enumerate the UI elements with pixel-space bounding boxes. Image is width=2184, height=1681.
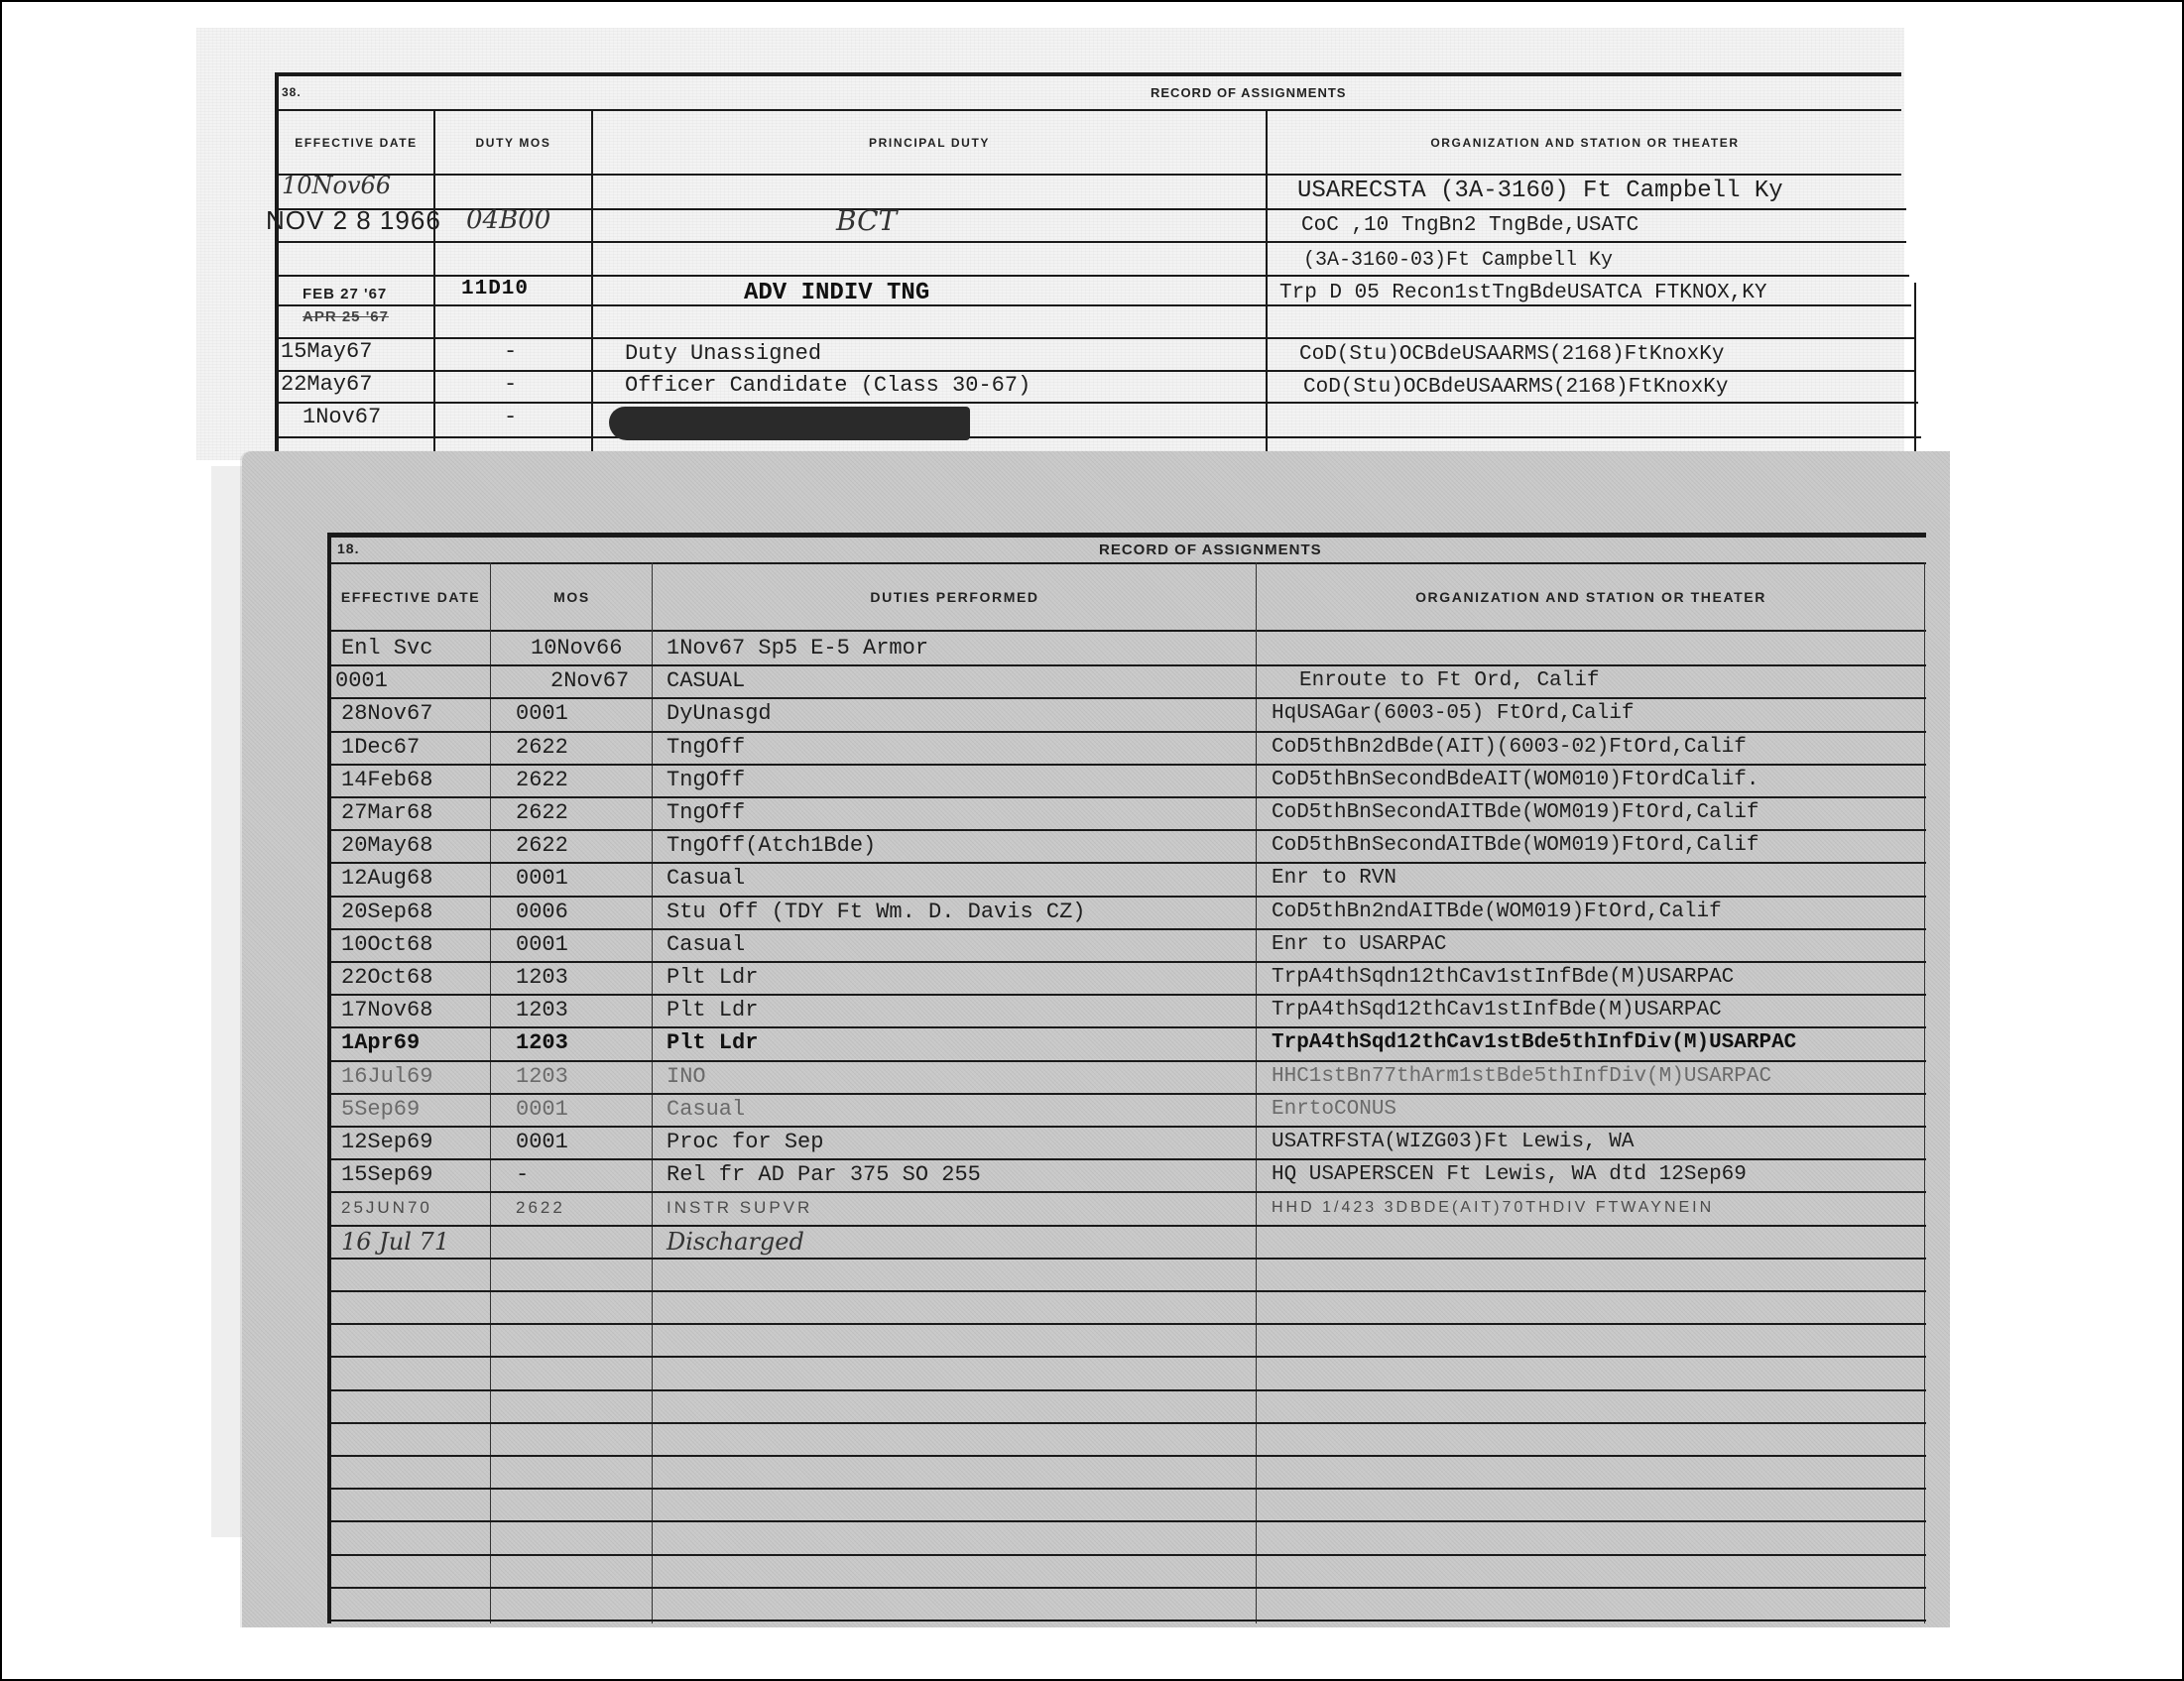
lower-row-8-mos: 0001	[516, 864, 568, 894]
lower-row-5-mos: 2622	[516, 766, 568, 795]
lower-row-3-date: 28Nov67	[341, 699, 432, 729]
lower-row-11-duty: Plt Ldr	[667, 963, 758, 993]
upper-row-line	[275, 436, 1921, 438]
lower-row-7-date: 20May68	[341, 831, 432, 861]
lower-title-divider	[327, 562, 1926, 564]
upper-row-2-date-stamp: NOV 2 8 1966	[266, 205, 441, 235]
upper-row-line	[275, 370, 1916, 372]
lower-row-17-org: HQ USAPERSCEN Ft Lewis, WA dtd 12Sep69	[1272, 1160, 1747, 1190]
upper-row-2-org: CoC ,10 TngBn2 TngBde,USATC	[1301, 211, 1638, 241]
lower-row-1-mos: 10Nov66	[531, 634, 622, 663]
lower-row-2-mos: 2Nov67	[550, 666, 629, 696]
lower-col-header-org: ORGANIZATION AND STATION OR THEATER	[1258, 565, 1924, 629]
lower-row-10-mos: 0001	[516, 930, 568, 960]
upper-row-2-mos: 04B00	[466, 205, 550, 235]
lower-row-5-duty: TngOff	[667, 766, 745, 795]
lower-row-13-org: TrpA4thSqd12thCav1stBde5thInfDiv(M)USARP…	[1272, 1028, 1796, 1058]
lower-row-6-duty: TngOff	[667, 798, 745, 828]
upper-row-6-date: 15May67	[281, 337, 372, 367]
lower-row-line	[327, 1356, 1926, 1358]
lower-row-line	[327, 1422, 1926, 1424]
upper-row-1-org: USARECSTA (3A-3160) Ft Campbell Ky	[1297, 177, 1783, 206]
upper-row-6-mos: -	[504, 337, 517, 367]
lower-row-line	[327, 1389, 1926, 1391]
upper-row-line	[275, 337, 1914, 339]
lower-row-9-date: 20Sep68	[341, 898, 432, 927]
lower-row-12-duty: Plt Ldr	[667, 996, 758, 1025]
lower-row-15-duty: Casual	[667, 1095, 745, 1125]
lower-row-18-duty: INSTR SUPVR	[667, 1193, 812, 1223]
lower-row-13-mos: 1203	[516, 1028, 568, 1058]
upper-row-line	[275, 241, 1906, 243]
lower-row-18-org: HHD 1/423 3DBDE(AIT)70THDIV FTWAYNEIN	[1272, 1193, 1714, 1223]
upper-col-header-duty: PRINCIPAL DUTY	[593, 113, 1266, 173]
lower-row-15-mos: 0001	[516, 1095, 568, 1125]
lower-row-9-mos: 0006	[516, 898, 568, 927]
upper-row-6-org: CoD(Stu)OCBdeUSAARMS(2168)FtKnoxKy	[1299, 340, 1724, 370]
lower-row-18-date: 25JUN70	[341, 1193, 432, 1223]
lower-row-6-org: CoD5thBnSecondAITBde(WOM019)FtOrd,Calif	[1272, 798, 1759, 828]
lower-row-10-date: 10Oct68	[341, 930, 432, 960]
lower-row-3-duty: DyUnasgd	[667, 699, 772, 729]
lower-row-15-date: 5Sep69	[341, 1095, 420, 1125]
lower-col-header-duties: DUTIES PERFORMED	[654, 565, 1256, 629]
upper-row-2-duty: BCT	[836, 206, 897, 236]
lower-row-line	[327, 1488, 1926, 1490]
upper-col-header-org: ORGANIZATION AND STATION OR THEATER	[1268, 113, 1902, 173]
lower-col-header-mos: MOS	[492, 565, 652, 629]
lower-top-border	[327, 533, 1926, 538]
upper-top-border	[275, 72, 1901, 76]
lower-row-line	[327, 1520, 1926, 1522]
lower-row-12-date: 17Nov68	[341, 996, 432, 1025]
lower-row-8-date: 12Aug68	[341, 864, 432, 894]
upper-row-7-duty: Officer Candidate (Class 30-67)	[625, 371, 1031, 401]
lower-row-18-mos: 2622	[516, 1193, 565, 1223]
lower-row-line	[327, 1455, 1926, 1457]
lower-section-number: 18.	[337, 540, 359, 556]
lower-row-2-date: 0001	[335, 666, 388, 696]
lower-row-line	[327, 1587, 1926, 1589]
lower-form-title: RECORD OF ASSIGNMENTS	[1099, 541, 1322, 558]
lower-row-6-date: 27Mar68	[341, 798, 432, 828]
lower-row-8-org: Enr to RVN	[1272, 864, 1396, 894]
lower-row-10-duty: Casual	[667, 930, 745, 960]
redaction-mark	[609, 407, 970, 440]
lower-left-border	[327, 533, 331, 1623]
upper-row-7-mos: -	[504, 370, 517, 400]
upper-row-6-duty: Duty Unassigned	[625, 339, 821, 369]
upper-row-5-date-stamp: APR 25 '67	[303, 302, 389, 332]
lower-row-4-org: CoD5thBn2dBde(AIT)(6003-02)FtOrd,Calif	[1272, 733, 1747, 763]
upper-title-divider	[275, 109, 1901, 111]
lower-row-line	[327, 1290, 1926, 1292]
upper-right-border	[1914, 283, 1916, 451]
lower-row-11-org: TrpA4thSqdn12thCav1stInfBde(M)USARPAC	[1272, 963, 1734, 993]
lower-row-7-mos: 2622	[516, 831, 568, 861]
lower-row-line	[327, 1554, 1926, 1556]
lower-row-14-date: 16Jul69	[341, 1062, 432, 1092]
lower-row-1-date: Enl Svc	[341, 634, 432, 663]
lower-row-14-org: HHC1stBn77thArm1stBde5thInfDiv(M)USARPAC	[1272, 1062, 1771, 1092]
lower-row-13-duty: Plt Ldr	[667, 1028, 758, 1058]
lower-col-header-date: EFFECTIVE DATE	[331, 565, 490, 629]
upper-section-number: 38.	[282, 85, 302, 99]
lower-row-line	[327, 1323, 1926, 1325]
lower-row-3-org: HqUSAGar(6003-05) FtOrd,Calif	[1272, 699, 1634, 729]
lower-row-14-mos: 1203	[516, 1062, 568, 1092]
lower-row-12-org: TrpA4thSqd12thCav1stInfBde(M)USARPAC	[1272, 996, 1722, 1025]
upper-row-8-mos: -	[504, 403, 517, 432]
upper-row-4-duty: ADV INDIV TNG	[744, 279, 929, 308]
lower-row-3-mos: 0001	[516, 699, 568, 729]
lower-row-line	[327, 1620, 1926, 1621]
lower-row-7-org: CoD5thBnSecondAITBde(WOM019)FtOrd,Calif	[1272, 831, 1759, 861]
lower-row-line	[327, 1258, 1926, 1260]
lower-row-17-duty: Rel fr AD Par 375 SO 255	[667, 1160, 981, 1190]
lower-header-divider	[327, 630, 1926, 632]
upper-header-divider	[275, 174, 1901, 176]
lower-row-14-duty: INO	[667, 1062, 706, 1092]
upper-col-header-mos: DUTY MOS	[435, 113, 591, 173]
upper-row-1-date: 10Nov66	[282, 171, 391, 200]
lower-row-9-duty: Stu Off (TDY Ft Wm. D. Davis CZ)	[667, 898, 1085, 927]
lower-row-16-duty: Proc for Sep	[667, 1128, 823, 1157]
lower-row-16-mos: 0001	[516, 1128, 568, 1157]
lower-row-4-mos: 2622	[516, 733, 568, 763]
lower-row-4-duty: TngOff	[667, 733, 745, 763]
lower-row-16-date: 12Sep69	[341, 1128, 432, 1157]
upper-row-4-org: Trp D 05 Recon1stTngBdeUSATCA FTKNOX,KY	[1279, 279, 1766, 308]
lower-row-8-duty: Casual	[667, 864, 745, 894]
upper-form-title: RECORD OF ASSIGNMENTS	[1151, 85, 1346, 100]
lower-row-19-duty: Discharged	[667, 1227, 804, 1257]
lower-row-12-mos: 1203	[516, 996, 568, 1025]
lower-row-5-date: 14Feb68	[341, 766, 432, 795]
lower-row-11-date: 22Oct68	[341, 963, 432, 993]
lower-row-1-duty: 1Nov67 Sp5 E-5 Armor	[667, 634, 928, 663]
lower-row-7-duty: TngOff(Atch1Bde)	[667, 831, 876, 861]
lower-row-5-org: CoD5thBnSecondBdeAIT(WOM010)FtOrdCalif.	[1272, 766, 1759, 795]
lower-row-11-mos: 1203	[516, 963, 568, 993]
upper-row-4-mos-stamp: 11D10	[461, 275, 529, 304]
lower-row-13-date: 1Apr69	[341, 1028, 420, 1058]
lower-row-19-date: 16 Jul 71	[341, 1227, 449, 1257]
lower-row-4-date: 1Dec67	[341, 733, 420, 763]
lower-row-16-org: USATRFSTA(WIZG03)Ft Lewis, WA	[1272, 1128, 1634, 1157]
lower-row-2-duty: CASUAL	[667, 666, 745, 696]
upper-row-7-date: 22May67	[281, 370, 372, 400]
upper-row-3-org: (3A-3160-03)Ft Campbell Ky	[1303, 246, 1613, 276]
paper-edge-shadow	[211, 466, 245, 1537]
lower-row-line	[327, 1225, 1926, 1227]
lower-row-17-date: 15Sep69	[341, 1160, 432, 1190]
upper-row-8-date: 1Nov67	[303, 403, 381, 432]
upper-row-7-org: CoD(Stu)OCBdeUSAARMS(2168)FtKnoxKy	[1303, 373, 1728, 403]
lower-row-17-mos: -	[516, 1160, 529, 1190]
lower-row-10-org: Enr to USARPAC	[1272, 930, 1446, 960]
lower-row-6-mos: 2622	[516, 798, 568, 828]
lower-row-15-org: EnrtoCONUS	[1272, 1095, 1396, 1125]
lower-row-9-org: CoD5thBn2ndAITBde(WOM019)FtOrd,Calif	[1272, 898, 1722, 927]
lower-row-2-org: Enroute to Ft Ord, Calif	[1299, 666, 1599, 696]
upper-col-header-date: EFFECTIVE DATE	[279, 113, 433, 173]
